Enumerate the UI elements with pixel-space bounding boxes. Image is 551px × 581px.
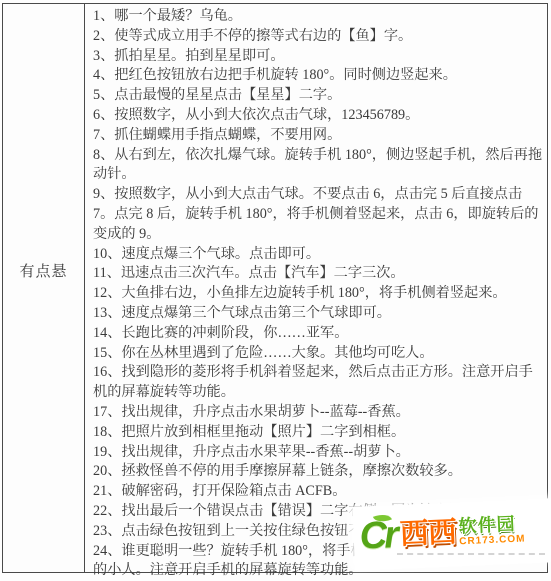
guide-item: 14、长跑比赛的冲刺阶段，你……亚军。 [93,324,543,344]
guide-item-text: 17、找出规律，升序点击水果胡萝卜--蓝莓--香蕉。 [93,404,410,420]
guide-item-text: 14、长跑比赛的冲刺阶段，你……亚军。 [93,325,348,341]
guide-item-text: 2、使等式成立用手不停的擦等式右边的【鱼】字。 [93,28,412,44]
guide-item-text: 7、抓住蝴蝶用手指点蝴蝶，不要用网。 [93,127,341,143]
guide-item-text: 6、按照数字，从小到大依次点击气球，123456789。 [93,107,419,123]
category-cell: 有点悬 [3,4,85,556]
guide-item-text: 3、抓拍星星。拍到星星即可。 [93,48,285,64]
guide-item: 11、迅速点击三次汽车。点击【汽车】二字三次。 [93,264,543,284]
site-watermark: Cr 西西 软件园 CR173.COM [352,498,551,556]
guide-item: 6、按照数字，从小到大依次点击气球，123456789。 [93,106,543,126]
answers-cell: 1、哪一个最矮？乌龟。 2、使等式成立用手不停的擦等式右边的【鱼】字。 3、抓拍… [85,4,547,556]
guide-item-text: 10、速度点爆三个气球。点击即可。 [93,246,320,262]
guide-item-text: 24、谁更聪明一些？旋转手机 180°，将手机侧 [93,543,379,556]
guide-item: 21、破解密码，打开保险箱点击 ACFB。 [93,482,543,502]
guide-item: 9、按照数字，从小到大点击气球。不要点击 6，点击完 5 后直接点击 7。点完 … [93,185,543,244]
guide-item: 8、从右到左，依次扎爆气球。旋转手机 180°，侧边竖起手机，然后再拖动针。 [93,146,543,186]
guide-item-text: 8、从右到左，依次扎爆气球。旋转手机 180°，侧边竖起手机，然后再拖动针。 [93,147,542,183]
guide-item-list: 1、哪一个最矮？乌龟。 2、使等式成立用手不停的擦等式右边的【鱼】字。 3、抓拍… [93,7,543,556]
guide-item: 19、找出规律，升序点击水果苹果--香蕉--胡萝卜。 [93,443,543,463]
guide-item: 13、速度点爆第三个气球点击第三个气球即可。 [93,304,543,324]
guide-item-text: 16、找到隐形的菱形将手机斜着竖起来，然后点击正方形。注意开启手机的屏幕旋转等功… [93,364,533,400]
guide-item-text: 13、速度点爆第三个气球点击第三个气球即可。 [93,305,391,321]
category-label: 有点悬 [19,260,67,281]
cr-logo: Cr [359,516,397,556]
guide-item-text: 18、把照片放到相框里拖动【照片】二字到相框。 [93,424,405,440]
guide-item-text: 21、破解密码，打开保险箱点击 ACFB。 [93,483,346,499]
guide-item: 12、大鱼排右边，小鱼排左边旋转手机 180°，将手机侧着竖起来。 [93,284,543,304]
guide-item: 3、抓拍星星。拍到星星即可。 [93,47,543,67]
guide-item: 20、拯救怪兽不停的用手摩擦屏幕上链条，摩擦次数较多。 [93,462,543,482]
guide-item-text: 5、点击最慢的星星点击【星星】二字。 [93,87,341,103]
guide-item: 16、找到隐形的菱形将手机斜着竖起来，然后点击正方形。注意开启手机的屏幕旋转等功… [93,363,543,403]
guide-item-text: 9、按照数字，从小到大点击气球。不要点击 6，点击完 5 后直接点击 7。点完 … [93,186,539,242]
guide-item-text: 19、找出规律，升序点击水果苹果--香蕉--胡萝卜。 [93,444,410,460]
guide-item: 5、点击最慢的星星点击【星星】二字。 [93,86,543,106]
watermark-stack: 软件园 CR173.COM [458,514,525,547]
watermark-dashed-line [397,553,545,555]
guide-item: 15、你在丛林里遇到了危险……大象。其他均可吃人。 [93,344,543,364]
guide-item-text: 1、哪一个最矮？乌龟。 [93,8,242,24]
watermark-site-suffix: 软件园 [458,514,525,535]
watermark-site-name: 西西 [399,518,456,549]
guide-item: 1、哪一个最矮？乌龟。 [93,7,543,27]
guide-item-text: 4、把红色按钮放右边把手机旋转 180°。同时侧边竖起来。 [93,67,457,83]
guide-item: 10、速度点爆三个气球。点击即可。 [93,245,543,265]
guide-item: 4、把红色按钮放右边把手机旋转 180°。同时侧边竖起来。 [93,66,543,86]
watermark-site-url: CR173.COM [459,534,526,547]
guide-item: 7、抓住蝴蝶用手指点蝴蝶，不要用网。 [93,126,543,146]
guide-item-text: 12、大鱼排右边，小鱼排左边旋转手机 180°，将手机侧着竖起来。 [93,285,507,301]
guide-item-text: 15、你在丛林里遇到了危险……大象。其他均可吃人。 [93,345,434,361]
guide-item: 2、使等式成立用手不停的擦等式右边的【鱼】字。 [93,27,543,47]
walkthrough-table: 有点悬 1、哪一个最矮？乌龟。 2、使等式成立用手不停的擦等式右边的【鱼】字。 … [2,3,548,556]
guide-item: 18、把照片放到相框里拖动【照片】二字到相框。 [93,423,543,443]
guide-item-text: 11、迅速点击三次汽车。点击【汽车】二字三次。 [93,265,405,281]
guide-item-text: 20、拯救怪兽不停的用手摩擦屏幕上链条，摩擦次数较多。 [93,463,462,479]
guide-item: 17、找出规律，升序点击水果胡萝卜--蓝莓--香蕉。 [93,403,543,423]
